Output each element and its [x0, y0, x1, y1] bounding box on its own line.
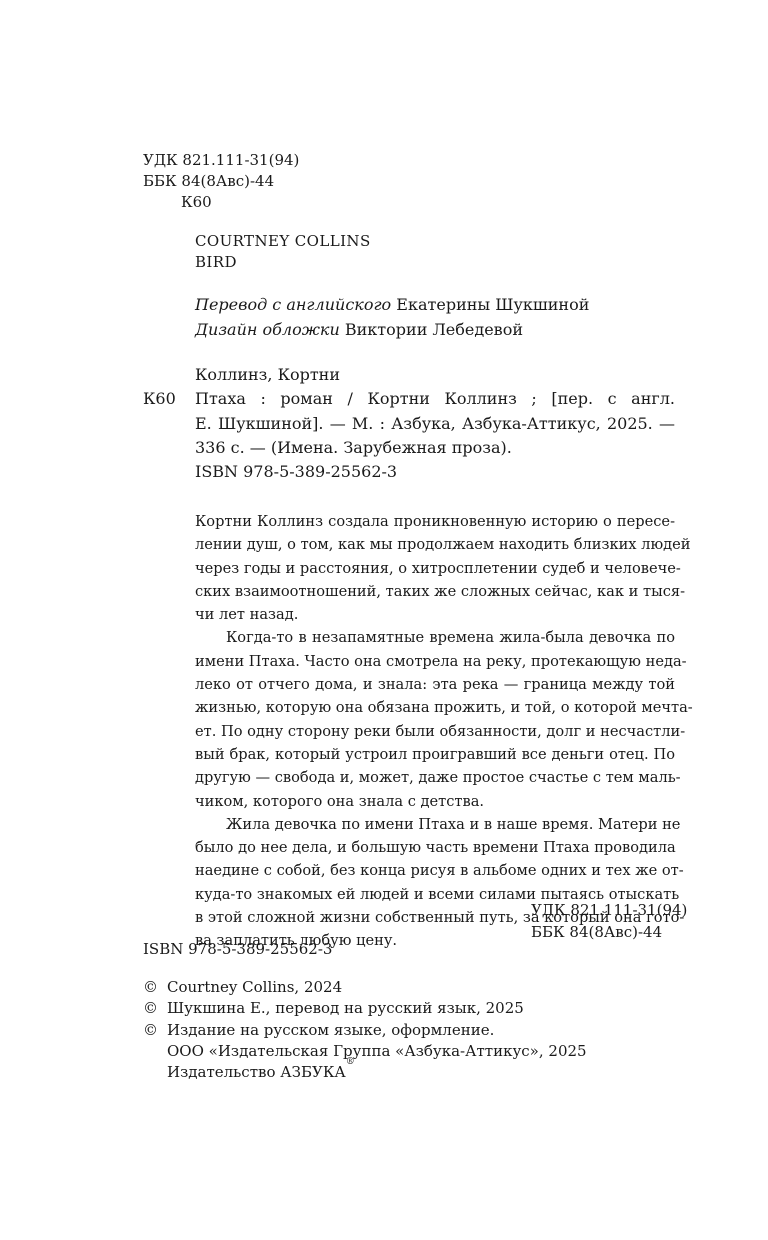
author-mark: К60 — [181, 192, 212, 213]
original-author: COURTNEY COLLINS — [195, 231, 371, 252]
bbk-code: ББК 84(8Авс)-44 — [143, 171, 299, 192]
annotation-line: лении душ, о том, как мы продолжаем нахо… — [195, 533, 675, 556]
annotation-paragraph: Когда-то в незапамятные времена жила-был… — [195, 626, 675, 812]
copyright-line: ©Courtney Collins, 2024 — [143, 977, 587, 998]
annotation-line: жизнью, которую она обязана прожить, и т… — [195, 696, 675, 719]
annotation: Кортни Коллинз создала проникновенную ис… — [195, 510, 675, 953]
annotation-line: Когда-то в незапамятные времена жила-был… — [195, 626, 675, 649]
credit-translation: Перевод с английского Екатерины Шукшиной — [195, 292, 589, 317]
copyright-line: Издательство АЗБУКА® — [143, 1062, 587, 1083]
classification-codes-bottom: УДК 821.111-31(94) ББК 84(8Авс)-44 — [531, 899, 687, 943]
registered-mark-icon: ® — [346, 1062, 355, 1083]
bbk-code: ББК 84(8Авс)-44 — [531, 921, 687, 943]
credit-name: Екатерины Шукшиной — [396, 295, 589, 314]
bib-description: Птаха : роман / Кортни Коллинз ; [пер. с… — [195, 387, 675, 461]
copyright-text: Шукшина Е., перевод на русский язык, 202… — [167, 998, 524, 1019]
annotation-line: ет. По одну сторону реки были обязанност… — [195, 720, 675, 743]
copyright-text: Издание на русском языке, оформление. — [167, 1020, 494, 1041]
original-title: BIRD — [195, 252, 371, 273]
copyright-line: ©Шукшина Е., перевод на русский язык, 20… — [143, 998, 587, 1019]
bib-author-mark: К60 — [143, 387, 176, 411]
copyright-block: ©Courtney Collins, 2024©Шукшина Е., пере… — [143, 977, 587, 1083]
copyright-sign-icon — [143, 1062, 167, 1083]
copyright-sign-icon: © — [143, 977, 167, 998]
credit-name: Виктории Лебедевой — [345, 320, 523, 339]
annotation-line: ских взаимоотношений, таких же сложных с… — [195, 580, 675, 603]
bib-line: 336 с. — (Имена. Зарубежная проза). — [195, 436, 675, 461]
copyright-sign-icon: © — [143, 1020, 167, 1041]
copyright-line: ©Издание на русском языке, оформление. — [143, 1020, 587, 1041]
annotation-line: чи лет назад. — [195, 603, 675, 626]
isbn: ISBN 978-5-389-25562-3 — [143, 939, 332, 960]
udk-code: УДК 821.111-31(94) — [531, 899, 687, 921]
classification-codes-top: УДК 821.111-31(94) ББК 84(8Авс)-44 — [143, 150, 299, 192]
credit-role: Дизайн обложки — [195, 320, 340, 339]
copyright-text: Издательство АЗБУКА — [167, 1062, 346, 1083]
annotation-paragraph: Кортни Коллинз создала проникновенную ис… — [195, 510, 675, 626]
annotation-line: вый брак, который устроил проигравший вс… — [195, 743, 675, 766]
annotation-line: наедине с собой, без конца рисуя в альбо… — [195, 859, 675, 882]
bib-line: Птаха : роман / Кортни Коллинз ; [пер. с… — [195, 387, 675, 412]
original-title-block: COURTNEY COLLINS BIRD — [195, 231, 371, 273]
credits: Перевод с английского Екатерины Шукшиной… — [195, 292, 589, 342]
bib-author-heading: Коллинз, Кортни — [195, 363, 340, 387]
udk-code: УДК 821.111-31(94) — [143, 150, 299, 171]
bib-isbn: ISBN 978-5-389-25562-3 — [195, 460, 397, 484]
copyright-line: ООО «Издательская Группа «Азбука-Аттикус… — [143, 1041, 587, 1062]
annotation-line: Жила девочка по имени Птаха и в наше вре… — [195, 813, 675, 836]
copyright-text: Courtney Collins, 2024 — [167, 977, 342, 998]
credit-cover-design: Дизайн обложки Виктории Лебедевой — [195, 317, 589, 342]
copyright-sign-icon — [143, 1041, 167, 1062]
annotation-line: через годы и расстояния, о хитросплетени… — [195, 557, 675, 580]
copyright-text: ООО «Издательская Группа «Азбука-Аттикус… — [167, 1041, 587, 1062]
annotation-line: имени Птаха. Часто она смотрела на реку,… — [195, 650, 675, 673]
bib-line: Е. Шукшиной]. — М. : Азбука, Азбука-Атти… — [195, 412, 675, 437]
credit-role: Перевод с английского — [195, 295, 391, 314]
annotation-line: чиком, которого она знала с детства. — [195, 790, 675, 813]
annotation-line: другую — свобода и, может, даже простое … — [195, 766, 675, 789]
annotation-line: Кортни Коллинз создала проникновенную ис… — [195, 510, 675, 533]
annotation-line: было до нее дела, и большую часть времен… — [195, 836, 675, 859]
copyright-sign-icon: © — [143, 998, 167, 1019]
annotation-line: леко от отчего дома, и знала: эта река —… — [195, 673, 675, 696]
